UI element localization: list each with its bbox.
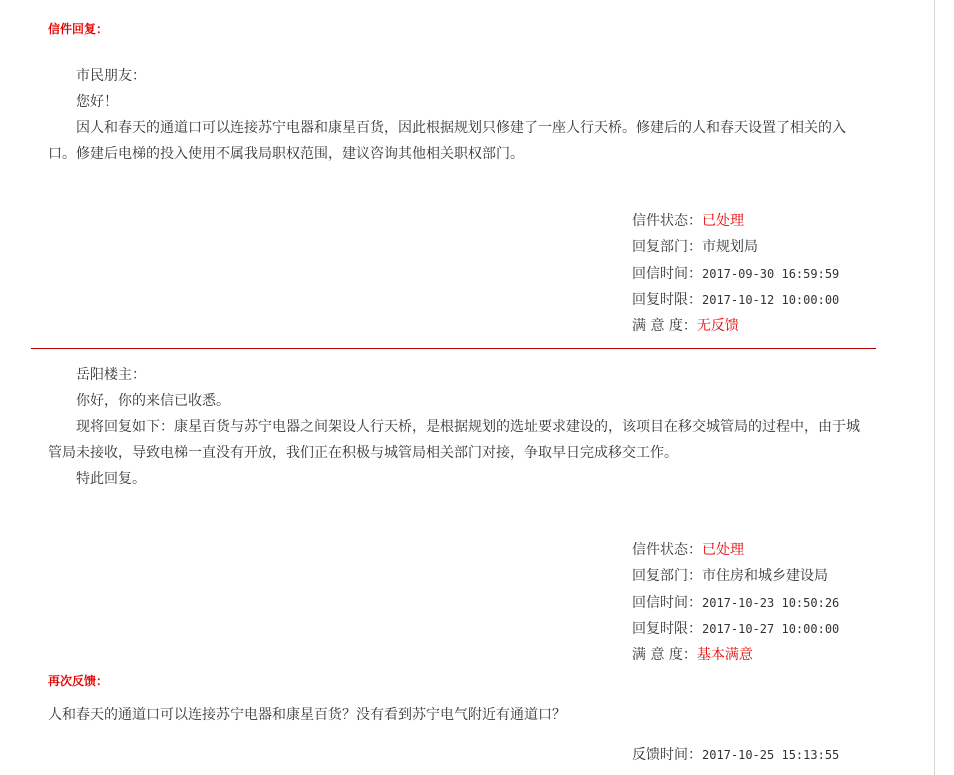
reply-1-status-row: 信件状态：已处理 — [632, 208, 839, 234]
dept-value: 市规划局 — [702, 239, 758, 255]
reply-2-salutation: 岳阳楼主： — [48, 362, 868, 388]
status-label: 信件状态： — [632, 213, 702, 229]
page-right-border — [934, 0, 935, 775]
reply-1-paragraph: 因人和春天的通道口可以连接苏宁电器和康星百货，因此根据规划只修建了一座人行天桥。… — [48, 115, 868, 167]
deadline-label: 回复时限： — [632, 621, 702, 637]
reply-2-closing: 特此回复。 — [48, 466, 868, 492]
feedback-time-label: 反馈时间： — [632, 747, 702, 763]
feedback-time-value: 2017-10-25 15:13:55 — [702, 748, 839, 762]
deadline-value: 2017-10-12 10:00:00 — [702, 293, 839, 307]
reply-time-label: 回信时间： — [632, 266, 702, 282]
reply-2-dept-row: 回复部门：市住房和城乡建设局 — [632, 563, 839, 589]
reply-time-label: 回信时间： — [632, 595, 702, 611]
reply-divider — [31, 348, 876, 349]
feedback-time-row: 反馈时间：2017-10-25 15:13:55 — [632, 742, 839, 768]
reply-1-body: 市民朋友： 您好！ 因人和春天的通道口可以连接苏宁电器和康星百货，因此根据规划只… — [48, 63, 868, 167]
feedback-section-title: 再次反馈： — [48, 673, 108, 689]
reply-2-status-row: 信件状态：已处理 — [632, 537, 839, 563]
satisfaction-value: 基本满意 — [697, 647, 753, 663]
dept-label: 回复部门： — [632, 568, 702, 584]
reply-1-greeting: 您好！ — [48, 89, 868, 115]
reply-2-greeting: 你好，你的来信已收悉。 — [48, 388, 868, 414]
status-value: 已处理 — [702, 542, 744, 558]
reply-2-body: 岳阳楼主： 你好，你的来信已收悉。 现将回复如下：康星百货与苏宁电器之间架设人行… — [48, 362, 868, 492]
reply-1-dept-row: 回复部门：市规划局 — [632, 234, 839, 260]
status-value: 已处理 — [702, 213, 744, 229]
reply-1-meta: 信件状态：已处理 回复部门：市规划局 回信时间：2017-09-30 16:59… — [632, 208, 839, 339]
deadline-value: 2017-10-27 10:00:00 — [702, 622, 839, 636]
satisfaction-label: 满 意 度： — [632, 318, 697, 334]
reply-1-satisfaction-row: 满 意 度：无反馈 — [632, 313, 839, 339]
satisfaction-label: 满 意 度： — [632, 647, 697, 663]
reply-time-value: 2017-10-23 10:50:26 — [702, 596, 839, 610]
reply-2-paragraph: 现将回复如下：康星百货与苏宁电器之间架设人行天桥，是根据规划的选址要求建设的，该… — [48, 414, 868, 466]
feedback-meta: 反馈时间：2017-10-25 15:13:55 — [632, 742, 839, 768]
reply-1-deadline-row: 回复时限：2017-10-12 10:00:00 — [632, 287, 839, 313]
status-label: 信件状态： — [632, 542, 702, 558]
reply-2-reply-time-row: 回信时间：2017-10-23 10:50:26 — [632, 590, 839, 616]
dept-label: 回复部门： — [632, 239, 702, 255]
satisfaction-value: 无反馈 — [697, 318, 739, 334]
reply-2-satisfaction-row: 满 意 度：基本满意 — [632, 642, 839, 668]
reply-1-reply-time-row: 回信时间：2017-09-30 16:59:59 — [632, 261, 839, 287]
deadline-label: 回复时限： — [632, 292, 702, 308]
reply-2-deadline-row: 回复时限：2017-10-27 10:00:00 — [632, 616, 839, 642]
reply-time-value: 2017-09-30 16:59:59 — [702, 267, 839, 281]
feedback-text: 人和春天的通道口可以连接苏宁电器和康星百货？没有看到苏宁电气附近有通道口？ — [48, 702, 566, 728]
dept-value: 市住房和城乡建设局 — [702, 568, 828, 584]
reply-section-title: 信件回复： — [48, 21, 108, 37]
reply-1-salutation: 市民朋友： — [48, 63, 868, 89]
reply-2-meta: 信件状态：已处理 回复部门：市住房和城乡建设局 回信时间：2017-10-23 … — [632, 537, 839, 668]
